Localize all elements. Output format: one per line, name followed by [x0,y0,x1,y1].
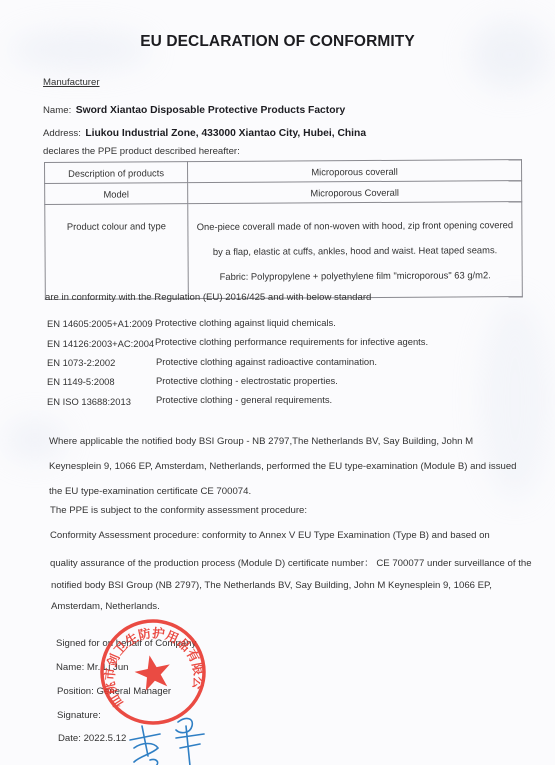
desc-line: One-piece coverall made of non-woven wit… [188,212,521,239]
row-value: Microporous coverall [188,160,522,183]
name-label: Name: [43,105,71,116]
paragraph-line: Amsterdam, Netherlands. [51,601,160,612]
paragraph-line: the EU type-examination certificate CE 7… [49,486,251,497]
row-label: Description of products [45,162,188,184]
standard-code: EN 14126:2003+AC:2004 [47,338,154,349]
document-title: EU DECLARATION OF CONFORMITY [0,33,555,51]
standard-code: EN 1073-2:2002 [47,357,115,368]
name-value: Sword Xiantao Disposable Protective Prod… [76,105,346,116]
standard-code: EN 1149-5:2008 [47,376,115,387]
standard-code: EN ISO 13688:2013 [47,396,131,407]
signature-label: Signature: [57,710,101,721]
standard-description: Protective clothing - general requiremen… [156,394,332,405]
paragraph-line: Conformity Assessment procedure: conform… [50,530,490,541]
table-row: Model Microporous Coverall [45,181,522,205]
standard-description: Protective clothing - electrostatic prop… [156,375,338,386]
standard-description: Protective clothing against liquid chemi… [155,317,336,328]
manufacturer-heading: Manufacturer [43,77,100,88]
desc-line: Fabric: Polypropylene + polyethylene fil… [189,262,522,289]
paragraph-line: Keynesplein 9, 1066 EP, Amsterdam, Nethe… [49,461,517,472]
signature-scribble [120,712,210,765]
row-label: Model [45,183,188,205]
table-row: Product colour and type One-piece covera… [45,202,523,300]
product-table: Description of products Microporous cove… [44,159,523,300]
row-value: Microporous Coverall [188,181,522,204]
address-label: Address: [43,128,81,139]
paragraph-line: quality assurance of the production proc… [50,555,532,569]
address-value: Liukou Industrial Zone, 433000 Xiantao C… [85,128,366,139]
manufacturer-address: Address: Liukou Industrial Zone, 433000 … [43,123,366,141]
row-label: Product colour and type [45,204,189,300]
paragraph-line: notified body BSI Group (NB 2797), The N… [51,580,492,591]
declares-text: declares the PPE product described herea… [43,146,240,157]
standard-code: EN 14605:2005+A1:2009 [47,318,153,329]
paragraph-line: The PPE is subject to the conformity ass… [50,505,307,516]
row-value: One-piece coverall made of non-woven wit… [188,202,523,299]
manufacturer-name: Name: Sword Xiantao Disposable Protectiv… [43,100,345,118]
desc-line: by a flap, elastic at cuffs, ankles, hoo… [188,237,521,264]
paragraph-line: Where applicable the notified body BSI G… [49,436,473,447]
standard-description: Protective clothing performance requirem… [155,336,428,347]
star-icon [132,652,174,693]
conformity-text: are in conformity with the Regulation (E… [45,292,371,303]
table-row: Description of products Microporous cove… [45,160,522,184]
standard-description: Protective clothing against radioactive … [156,356,377,367]
